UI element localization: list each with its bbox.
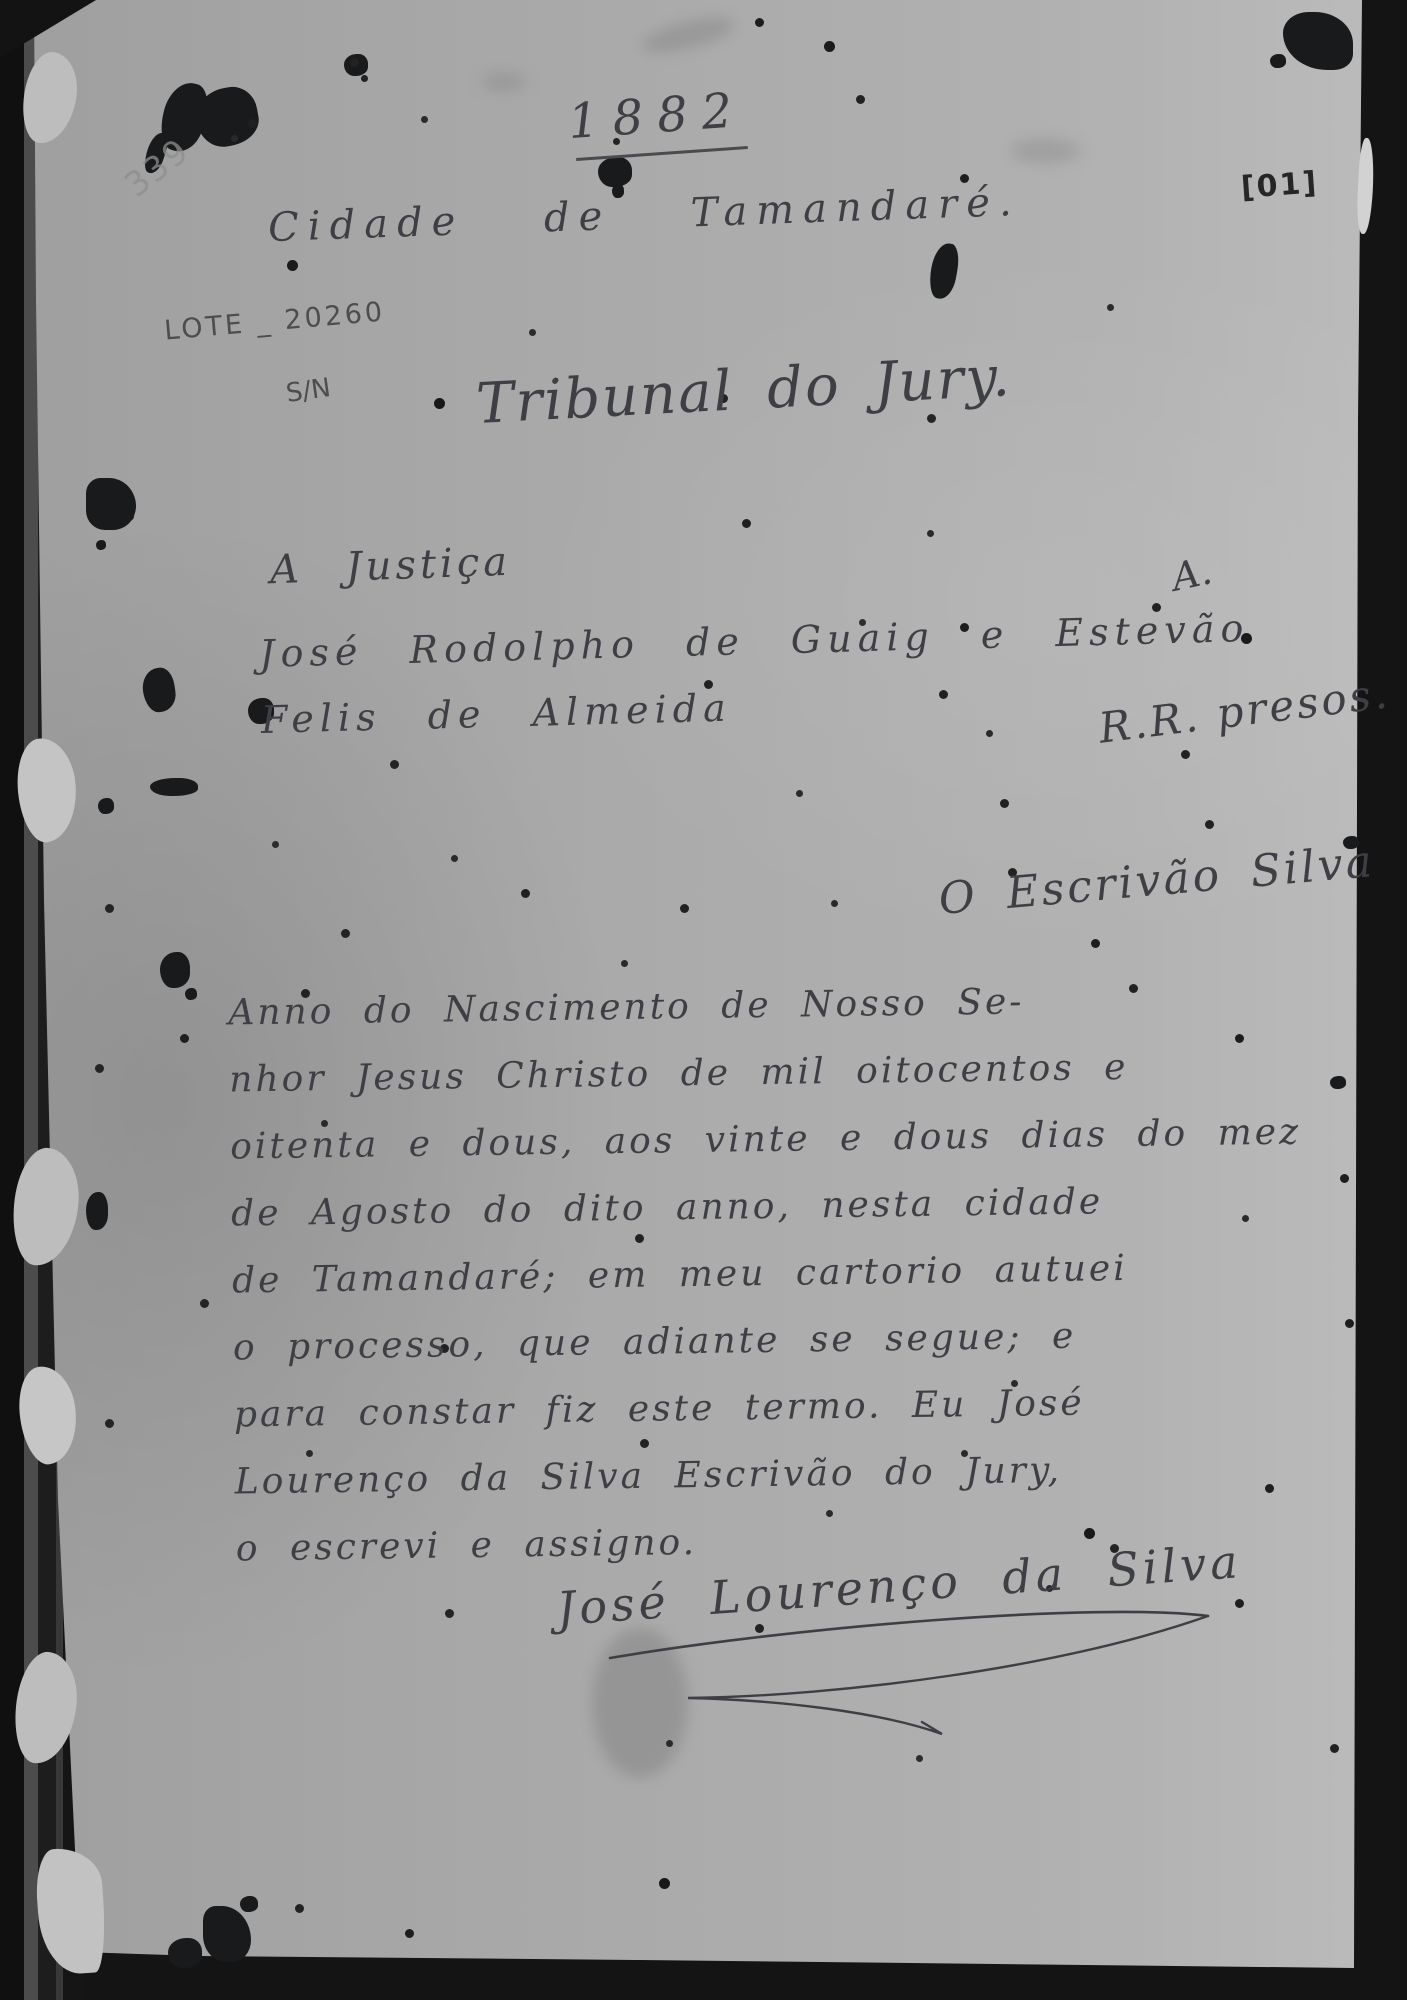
ink-blot (150, 778, 198, 796)
ink-blot (118, 508, 134, 522)
ink-blot (1270, 54, 1286, 68)
body-paragraph: Anno do Nascimento de Nosso Se-nhor Jesu… (228, 965, 1307, 1583)
pencil-smudge (482, 72, 526, 92)
ink-specks (0, 0, 5, 5)
ink-blot (98, 798, 114, 814)
ink-blot (86, 478, 136, 530)
page-number-stamp: [01] (1240, 165, 1319, 205)
ink-blot (185, 988, 197, 1000)
scanned-manuscript-page: 1882 Cidade de Tamandaré. [01] 339 LOTE … (0, 0, 1407, 2000)
addressee-line: A Justiça (269, 539, 512, 593)
sn-mark: S/N (284, 373, 332, 409)
ink-blot (598, 157, 632, 187)
ink-blot (240, 1896, 258, 1912)
ink-blot (344, 54, 368, 76)
ink-blot (160, 952, 190, 988)
stain-smudge (1010, 138, 1080, 164)
ink-blot (96, 540, 106, 550)
ink-blot (1330, 1076, 1346, 1089)
ink-blot (168, 1938, 202, 1968)
ink-blot (86, 1192, 108, 1230)
autos-mark: A. (1168, 548, 1216, 599)
signature-flourish (540, 1596, 1260, 1756)
